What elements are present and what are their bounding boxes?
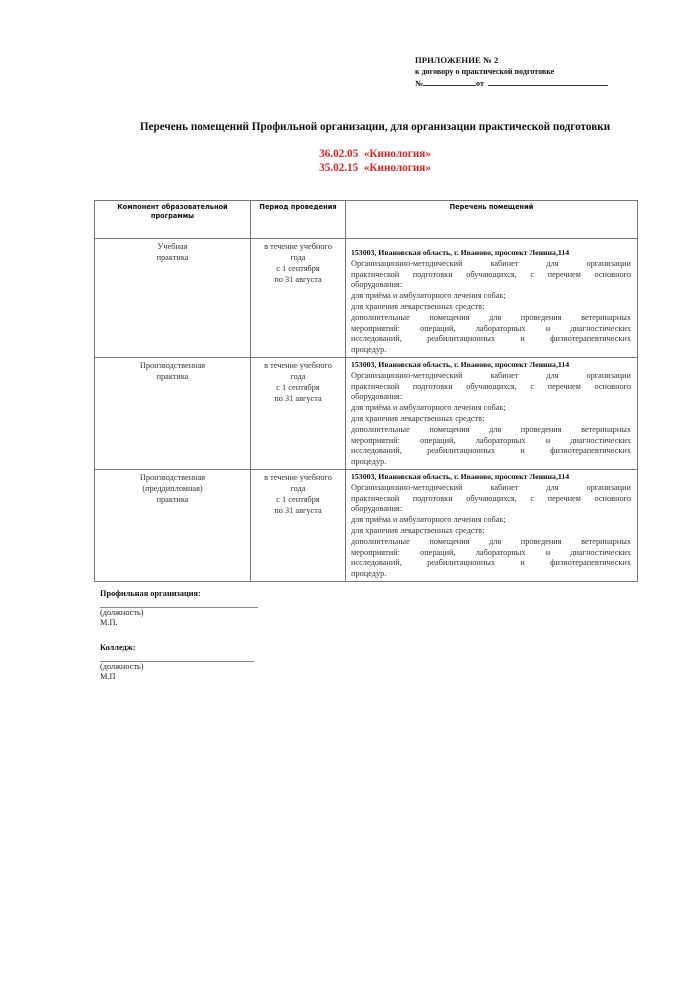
rooms-text-line: дополнительные помещения для проведения …	[351, 537, 631, 548]
period-cell: в течение учебногогодас 1 сентябряпо 31 …	[251, 469, 346, 581]
rooms-cell: 153003, Ивановская область, г. Иваново, …	[346, 357, 638, 469]
number-label: №	[415, 79, 423, 88]
period-text: в течение учебного	[251, 472, 345, 483]
rooms-text-line: практической подготовки обучающихся, с п…	[351, 270, 631, 281]
rooms-text-line: процедур.	[351, 457, 631, 468]
period-text: в течение учебного	[251, 360, 345, 371]
rooms-text-line: для приёма и амбулаторного лечения собак…	[351, 515, 631, 526]
stamp-label: М.П	[100, 672, 254, 683]
rooms-cell: 153003, Ивановская область, г. Иваново, …	[346, 239, 638, 358]
rooms-text-line: мероприятий: операций, лабораторных и ди…	[351, 324, 631, 335]
address: 153003, Ивановская область, г. Иваново, …	[351, 248, 631, 259]
number-blank	[423, 77, 476, 86]
component-cell: Производственнаяпрактика	[95, 357, 251, 469]
signature-line	[100, 600, 258, 608]
period-text: с 1 сентября	[251, 263, 345, 274]
component-text: Учебная	[95, 241, 250, 252]
appendix-header: ПРИЛОЖЕНИЕ № 2 к договору о практической…	[415, 55, 608, 89]
rooms-text-line: для приёма и амбулаторного лечения собак…	[351, 403, 631, 414]
period-text: в течение учебного	[251, 241, 345, 252]
specialty-code: 35.02.15 «Кинология»	[0, 161, 700, 175]
rooms-text-line: Организационно-методический кабинет для …	[351, 259, 631, 270]
appendix-title: ПРИЛОЖЕНИЕ № 2	[415, 55, 608, 66]
specialty-codes: 36.02.05 «Кинология» 35.02.15 «Кинология…	[0, 147, 700, 175]
rooms-text-line: практической подготовки обучающихся, с п…	[351, 494, 631, 505]
component-text: Производственная	[95, 472, 250, 483]
rooms-text-line: процедур.	[351, 569, 631, 580]
header-rooms: Перечень помещений	[346, 201, 638, 239]
period-text: года	[251, 483, 345, 494]
component-text: практика	[95, 252, 250, 263]
table-row: Учебнаяпрактикав течение учебногогодас 1…	[95, 239, 638, 358]
component-text: (преддипломная)	[95, 483, 250, 494]
rooms-text-line: практической подготовки обучающихся, с п…	[351, 382, 631, 393]
rooms-text-line: для хранения лекарственных средств;	[351, 414, 631, 425]
rooms-table: Компонент образовательной программы Пери…	[94, 200, 638, 582]
period-text: с 1 сентября	[251, 494, 345, 505]
rooms-text-line: для хранения лекарственных средств;	[351, 526, 631, 537]
rooms-text-line: дополнительные помещения для проведения …	[351, 425, 631, 436]
component-text: практика	[95, 371, 250, 382]
period-text: по 31 августа	[251, 505, 345, 516]
period-text: по 31 августа	[251, 274, 345, 285]
signature-college: Колледж: (должность) М.П	[100, 643, 254, 683]
header-period: Период проведения	[251, 201, 346, 239]
period-text: по 31 августа	[251, 393, 345, 404]
rooms-text-line: Организационно-методический кабинет для …	[351, 483, 631, 494]
organization-label: Профильная организация:	[100, 589, 258, 600]
rooms-text-line: исследований, реабилитационных и физиоте…	[351, 446, 631, 457]
table-header-row: Компонент образовательной программы Пери…	[95, 201, 638, 239]
rooms-cell: 153003, Ивановская область, г. Иваново, …	[346, 469, 638, 581]
appendix-subtitle: к договору о практической подготовке	[415, 66, 608, 77]
rooms-text-line: исследований, реабилитационных и физиоте…	[351, 558, 631, 569]
period-cell: в течение учебногогодас 1 сентябряпо 31 …	[251, 239, 346, 358]
component-cell: Производственная(преддипломная)практика	[95, 469, 251, 581]
rooms-text-line: оборудования:	[351, 392, 631, 403]
header-component: Компонент образовательной программы	[95, 201, 251, 239]
contract-number-line: №от	[415, 77, 608, 89]
address: 153003, Ивановская область, г. Иваново, …	[351, 472, 631, 483]
rooms-text-line: для приёма и амбулаторного лечения собак…	[351, 291, 631, 302]
stamp-label: М.П.	[100, 618, 258, 629]
rooms-text-line: для хранения лекарственных средств;	[351, 302, 631, 313]
component-text: практика	[95, 494, 250, 505]
rooms-text-line: дополнительные помещения для проведения …	[351, 313, 631, 324]
period-text: года	[251, 371, 345, 382]
rooms-text-line: оборудования:	[351, 280, 631, 291]
rooms-text-line: мероприятий: операций, лабораторных и ди…	[351, 548, 631, 559]
specialty-code: 36.02.05 «Кинология»	[0, 147, 700, 161]
rooms-text-line: процедур.	[351, 345, 631, 356]
table-row: Производственная(преддипломная)практикав…	[95, 469, 638, 581]
rooms-text-line: исследований, реабилитационных и физиоте…	[351, 334, 631, 345]
component-text: Производственная	[95, 360, 250, 371]
rooms-text-line: оборудования:	[351, 504, 631, 515]
position-label: (должность)	[100, 608, 258, 619]
period-text: с 1 сентября	[251, 382, 345, 393]
address: 153003, Ивановская область, г. Иваново, …	[351, 360, 631, 371]
rooms-text-line: Организационно-методический кабинет для …	[351, 371, 631, 382]
table-row: Производственнаяпрактикав течение учебно…	[95, 357, 638, 469]
rooms-text-line: мероприятий: операций, лабораторных и ди…	[351, 436, 631, 447]
document-title: Перечень помещений Профильной организаци…	[0, 121, 700, 133]
period-text: года	[251, 252, 345, 263]
signature-line	[100, 654, 254, 662]
component-cell: Учебнаяпрактика	[95, 239, 251, 358]
position-label: (должность)	[100, 662, 254, 673]
signature-organization: Профильная организация: (должность) М.П.	[100, 589, 258, 629]
college-label: Колледж:	[100, 643, 254, 654]
from-label: от	[476, 79, 484, 88]
period-cell: в течение учебногогодас 1 сентябряпо 31 …	[251, 357, 346, 469]
date-blank	[488, 77, 608, 86]
